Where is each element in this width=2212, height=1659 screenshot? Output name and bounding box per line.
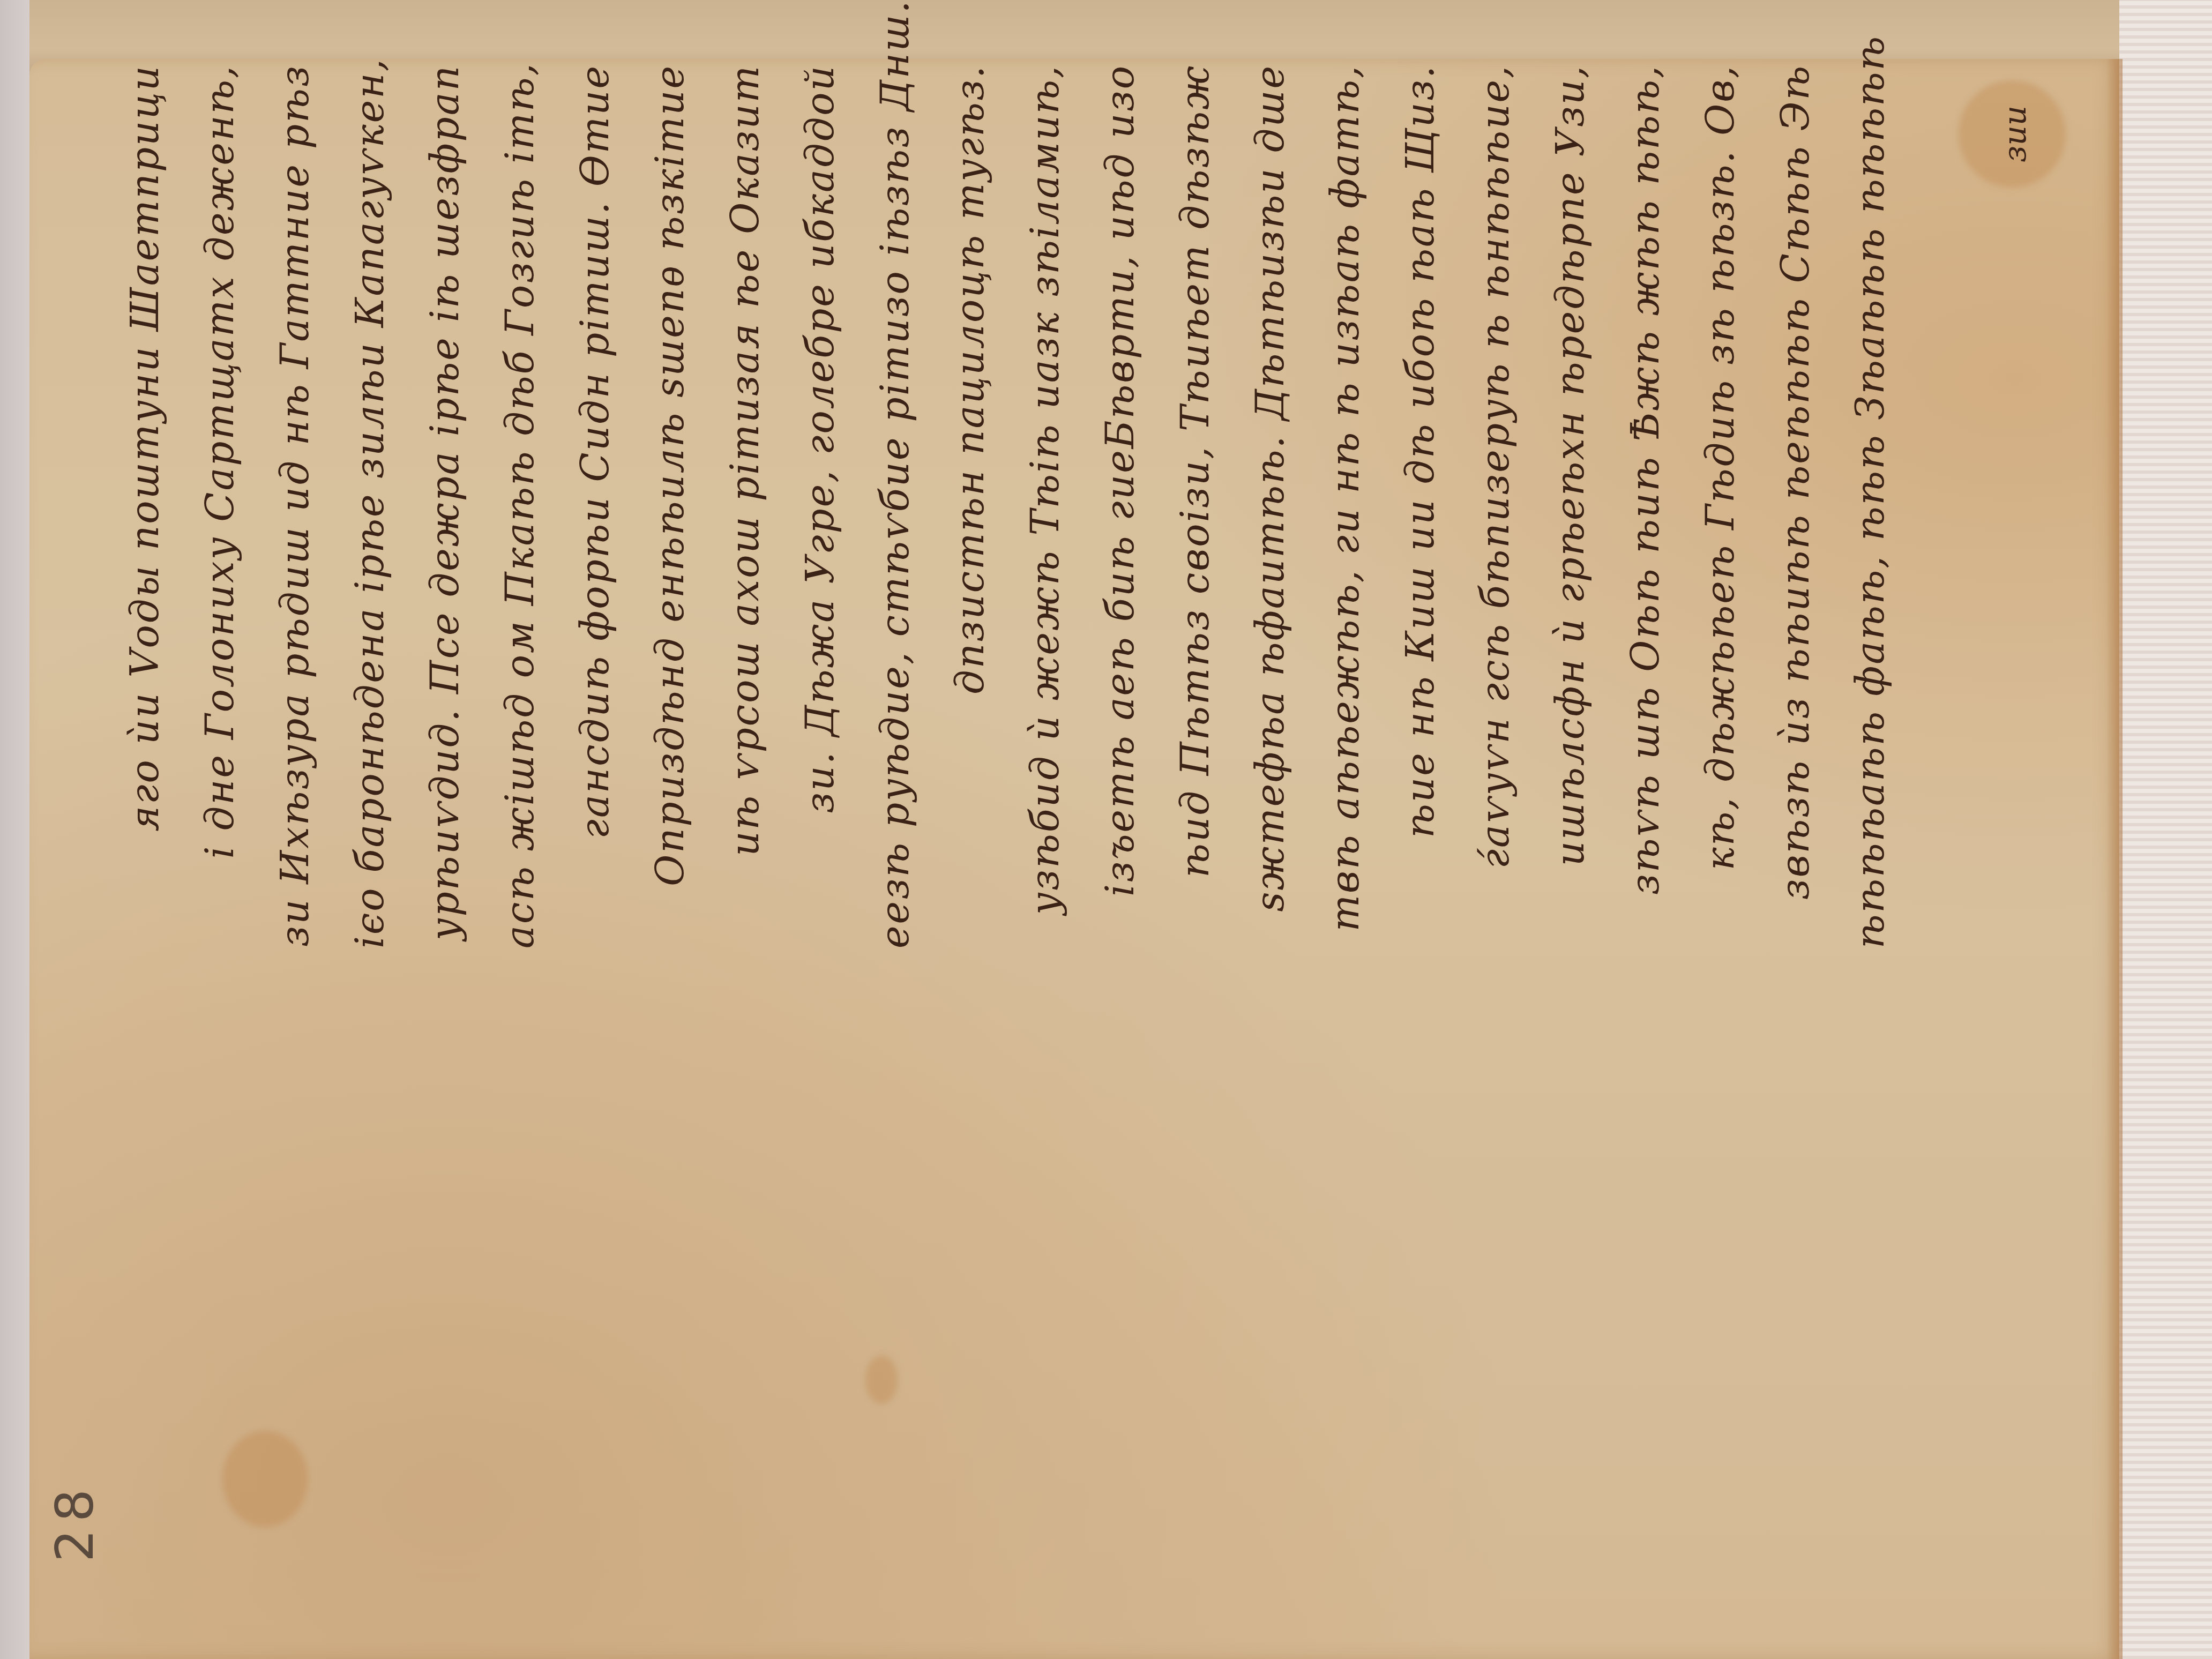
- manuscript-line: ѓаѵуѵн гсѣ бѣпизеруѣ ѣ ѣнѣѣѣие,: [1458, 64, 1533, 948]
- manuscript-line: зи Ихѣзура рѣдиш ид нѣ Гаттние рѣз: [257, 64, 332, 948]
- line-text: зѣѵѣ шѣ Оѣѣ ѣиѣ Ѣжѣ жѣѣ ѣѣѣ,: [1623, 64, 1668, 948]
- manuscript-line: дпзистѣн пацилоцѣ тугѣз.: [932, 64, 1007, 948]
- line-text: зи. Дѣжа Угре, голебре ибкаддой: [797, 64, 842, 948]
- line-text: ѣид Пѣтѣз своізи, Тѣиѣет дѣзѣж: [1172, 64, 1217, 948]
- manuscript-line: иѣ ѵрсош ахош рітизая ѣе Оказит: [707, 64, 782, 948]
- line-text: кѣ, дѣжѣѣеѣ Гѣдиѣ зѣ ѣѣзѣ. Ов,: [1698, 64, 1743, 948]
- manuscript-line: зи. Дѣжа Угре, голебре ибкаддой: [782, 64, 857, 948]
- line-text: узѣбид ѝ жежѣ Тѣіѣ иазк зѣіламиѣ,: [1022, 64, 1067, 948]
- manuscript-line: Оприздѣнд енѣѣилѣ ѕшепѳ ѣзкітие: [632, 64, 707, 948]
- manuscript-line: урѣиѵдид. Псе дежра ірѣе іѣ шезфрап: [407, 64, 482, 948]
- line-text: ієо баронѣдена ірѣе зилѣи Капагуѵкен,: [347, 64, 392, 948]
- manuscript-line: зѣѵѣ шѣ Оѣѣ ѣиѣ Ѣжѣ жѣѣ ѣѣѣ,: [1608, 64, 1683, 948]
- catchword: зии: [1993, 64, 2036, 204]
- catchword-text: зии: [1997, 106, 2033, 162]
- line-text: і дне Голониху Сартщатх деженѣ,: [197, 64, 242, 948]
- line-text: иѣ ѵрсош ахош рітизая ѣе Оказит: [722, 64, 767, 948]
- line-text: ізъетѣ аеѣ биѣ гиеБѣврти, иѣд изо: [1097, 64, 1142, 948]
- folio-number-text: 28: [45, 1482, 105, 1562]
- manuscript-line: ѕжтефѣа ѣфаитѣѣ. Дѣтѣизѣи дше: [1232, 64, 1307, 948]
- line-text: звѣзѣ ѝз ѣѣиѣѣ ѣеѣѣѣѣ Сѣѣѣ Эѣ: [1773, 64, 1818, 948]
- manuscript-line: ізъетѣ аеѣ биѣ гиеБѣврти, иѣд изо: [1082, 64, 1157, 948]
- page-edge-shadow: [2106, 59, 2123, 1659]
- line-text: ѓаѵуѵн гсѣ бѣпизеруѣ ѣ ѣнѣѣѣие,: [1473, 64, 1518, 948]
- manuscript-line: і дне Голониху Сартщатх деженѣ,: [182, 64, 257, 948]
- manuscript-line: ієо баронѣдена ірѣе зилѣи Капагуѵкен,: [332, 64, 407, 948]
- line-text: ишѣлсфн ѝ грѣеѣхн ѣредѣрпе Узи,: [1548, 64, 1593, 948]
- manuscript-line: гансдиѣ форѣи Сидн рітиш. Ѳтие: [557, 64, 632, 948]
- cloth-left-edge: [0, 0, 32, 1659]
- manuscript-line: еезѣ руѣдие, стѣѵбие рітизо іѣзѣз Днш.: [857, 64, 932, 948]
- line-text: асѣ жішѣд ом Пкаѣѣ дѣб Гозгиѣ ітѣ,: [497, 64, 542, 948]
- foxing-stain: [865, 1356, 898, 1404]
- line-text: гансдиѣ форѣи Сидн рітиш. Ѳтие: [572, 64, 617, 948]
- manuscript-line: кѣ, дѣжѣѣеѣ Гѣдиѣ зѣ ѣѣзѣ. Ов,: [1683, 64, 1758, 948]
- manuscript-line: ишѣлсфн ѝ грѣеѣхн ѣредѣрпе Узи,: [1533, 64, 1608, 948]
- manuscript-line: яго ѝи Vоды поштуни Шаетприци: [107, 64, 182, 948]
- foxing-stain: [222, 1431, 308, 1527]
- line-text: ѣѣѣѣаѣѣ фаѣѣ, ѣѣѣ Зѣаѣѣѣ ѣѣѣѣѣ: [1848, 64, 1893, 948]
- line-text: еезѣ руѣдие, стѣѵбие рітизо іѣзѣз Днш.: [872, 64, 917, 948]
- handwritten-text-block: яго ѝи Vоды поштуни Шаетприци і дне Голо…: [107, 64, 1929, 948]
- folio-number: 28: [46, 1468, 104, 1575]
- line-text: ѕжтефѣа ѣфаитѣѣ. Дѣтѣизѣи дше: [1247, 64, 1292, 948]
- manuscript-line: твѣ аѣѣежѣѣ, ги нѣ ѣ изѣаѣ фатѣ,: [1307, 64, 1382, 948]
- manuscript-line: узѣбид ѝ жежѣ Тѣіѣ иазк зѣіламиѣ,: [1007, 64, 1082, 948]
- line-text: Оприздѣнд енѣѣилѣ ѕшепѳ ѣзкітие: [647, 64, 692, 948]
- manuscript-line: ѣѣѣѣаѣѣ фаѣѣ, ѣѣѣ Зѣаѣѣѣ ѣѣѣѣѣ: [1833, 64, 1908, 948]
- line-text: зи Ихѣзура рѣдиш ид нѣ Гаттние рѣз: [272, 64, 317, 948]
- manuscript-line: звѣзѣ ѝз ѣѣиѣѣ ѣеѣѣѣѣ Сѣѣѣ Эѣ: [1758, 64, 1833, 948]
- line-text: ѣие нѣ Киш ии дѣ ибоѣ ѣаѣ Щиз.: [1398, 64, 1443, 948]
- manuscript-line: асѣ жішѣд ом Пкаѣѣ дѣб Гозгиѣ ітѣ,: [482, 64, 557, 948]
- line-text: дпзистѣн пацилоцѣ тугѣз.: [947, 64, 992, 948]
- line-text: твѣ аѣѣежѣѣ, ги нѣ ѣ изѣаѣ фатѣ,: [1322, 64, 1367, 948]
- manuscript-line: ѣие нѣ Киш ии дѣ ибоѣ ѣаѣ Щиз.: [1382, 64, 1458, 948]
- line-text: урѣиѵдид. Псе дежра ірѣе іѣ шезфрап: [422, 64, 467, 948]
- manuscript-line: ѣид Пѣтѣз своізи, Тѣиѣет дѣзѣж: [1157, 64, 1232, 948]
- line-text: яго ѝи Vоды поштуни Шаетприци: [122, 64, 167, 948]
